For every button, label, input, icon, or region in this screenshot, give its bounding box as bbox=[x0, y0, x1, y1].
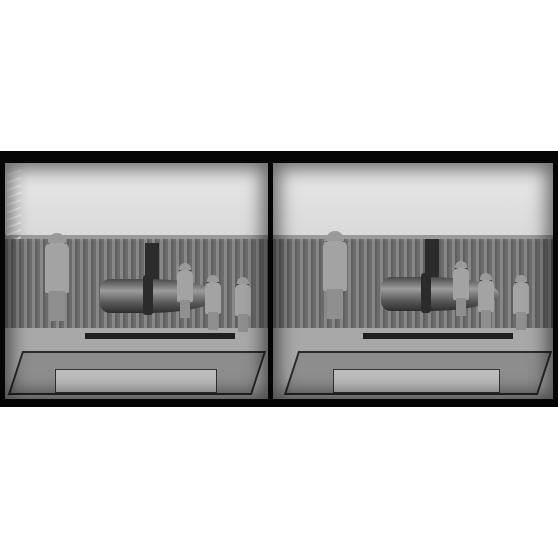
platform-board bbox=[333, 369, 500, 393]
sky bbox=[5, 163, 268, 237]
sky bbox=[273, 163, 553, 237]
handwritten-plate-number bbox=[7, 169, 21, 239]
loading-rail bbox=[363, 333, 513, 339]
loading-rail bbox=[85, 333, 235, 339]
platform-board bbox=[55, 369, 217, 393]
shell-strap bbox=[421, 273, 431, 313]
stereo-plate bbox=[0, 151, 558, 407]
stereo-frame-right bbox=[273, 163, 553, 399]
shell-strap bbox=[143, 275, 153, 315]
stereo-frame-left bbox=[5, 163, 268, 399]
